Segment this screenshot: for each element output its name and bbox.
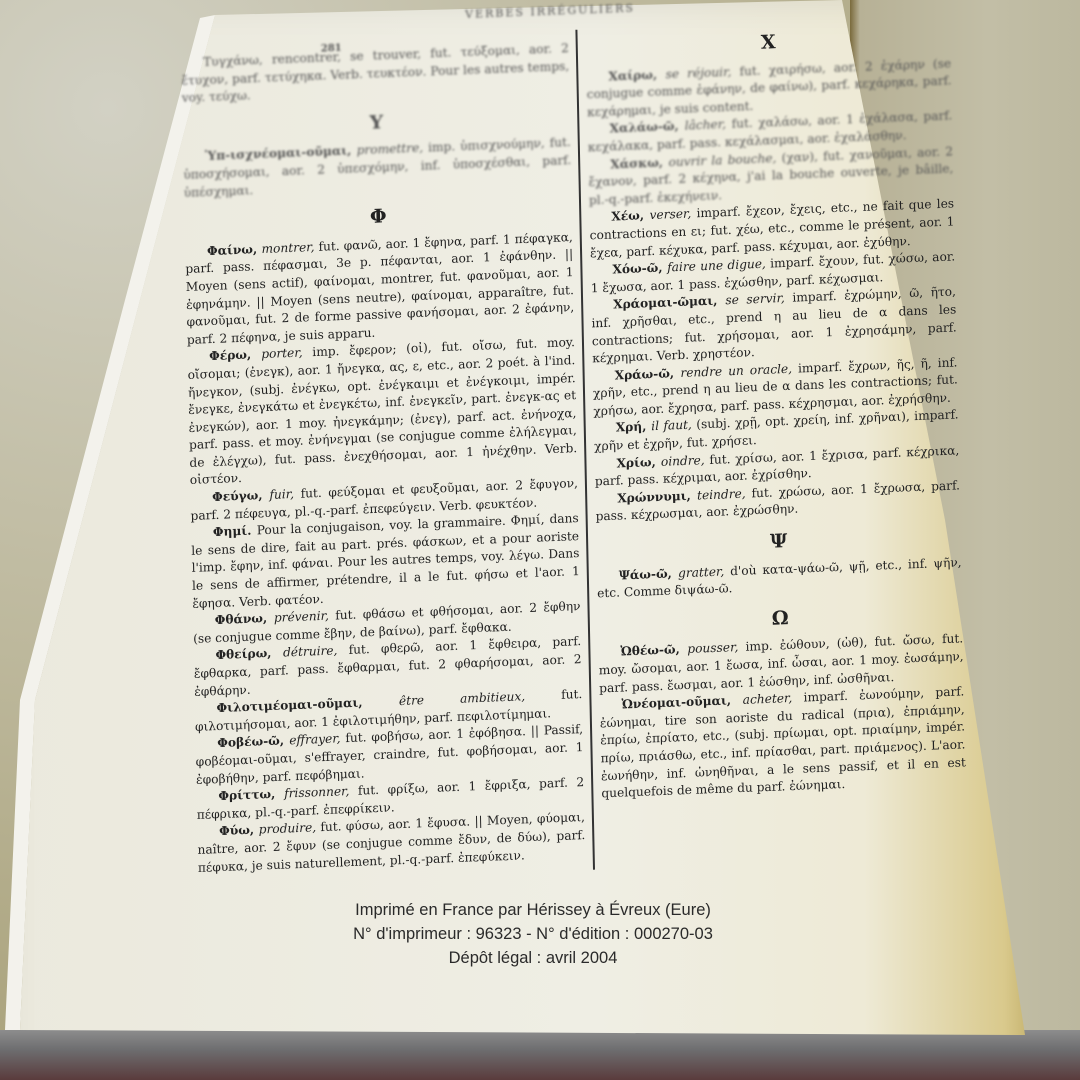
colophon-printer: Imprimé en France par Hérissey à Évreux … (0, 898, 1073, 922)
entry-gloss: porter, (261, 345, 312, 361)
entry-headword: Φοβέω-ῶ, (217, 734, 289, 751)
section-letter: Ω (598, 603, 963, 635)
entry-gloss: produire, (259, 821, 321, 837)
entry-headword: Φρίττω, (218, 787, 284, 804)
right-column: ΧΧαίρω, se réjouir, fut. χαιρήσω, aor. 2… (585, 13, 966, 803)
colophon: Imprimé en France par Hérissey à Évreux … (0, 898, 1073, 970)
dictionary-entry: Φαίνω, montrer, fut. φανῶ, aor. 1 ἔφηνα,… (185, 229, 575, 349)
entry-headword: Χράομαι-ῶμαι, (613, 294, 726, 312)
dictionary-entry: Φημί. Pour la conjugaison, voy. la gramm… (191, 510, 581, 613)
entry-headword: Ὑπ-ισχνέομαι-οῦμαι, (205, 144, 357, 164)
entry-gloss: lâcher, (685, 117, 732, 133)
entry-headword: Χρή, (616, 420, 652, 435)
entry-gloss: effrayer, (289, 732, 345, 748)
page-content: VERBES IRRÉGULIERS 281 Τυγχάνω, rencontr… (175, 0, 983, 905)
entry-gloss: se servir, (725, 291, 792, 308)
entry-gloss: acheter, (743, 691, 804, 707)
dictionary-entry: Ὠνέομαι-οῦμαι, acheter, imparf. ἐωνούμην… (599, 684, 966, 804)
colophon-legal-deposit: Dépôt légal : avril 2004 (0, 946, 1073, 970)
entry-headword: Ὠθέω-ῶ, (620, 642, 687, 659)
right-sections: ΧΧαίρω, se réjouir, fut. χαιρήσω, aor. 2… (586, 27, 967, 803)
entry-gloss: montrer, (261, 240, 318, 256)
entry-headword: Χόω-ῶ, (612, 261, 667, 277)
left-sections: ΥὙπ-ισχνέομαι-οῦμαι, promettre, imp. ὑπι… (182, 107, 586, 877)
entry-gloss: il faut, (651, 418, 696, 434)
entry-headword: Χρώννυμι, (617, 488, 697, 505)
entry-gloss: gratter, (678, 564, 730, 580)
colophon-numbers: N° d'imprimeur : 96323 - N° d'édition : … (0, 922, 1073, 946)
entry-headword: Φεύγω, (212, 488, 270, 504)
section-letter: Χ (586, 27, 951, 59)
entry-headword: Φύω, (219, 823, 259, 839)
section-letter: Ψ (596, 526, 961, 558)
dictionary-entry: Ὑπ-ισχνέομαι-οῦμαι, promettre, imp. ὑπισ… (183, 134, 572, 202)
entry-headword: Χέω, (611, 208, 650, 223)
entry-headword: Φαίνω, (207, 242, 262, 258)
entry-headword: Χαίρω, (608, 67, 665, 83)
entry-gloss: frissonner, (284, 784, 358, 801)
dictionary-entry: Ψάω-ῶ, gratter, d'où κατα-ψάω-ῶ, ψῇ, etc… (597, 554, 962, 603)
entry-gloss: promettre, (357, 141, 429, 158)
entry-headword: Ὠνέομαι-οῦμαι, (621, 693, 742, 712)
entry-gloss: rendre un oracle, (680, 361, 798, 380)
section-letter: Υ (182, 107, 570, 139)
entry-gloss: prévenir, (274, 609, 336, 625)
entry-headword: Φθείρω, (215, 646, 283, 663)
section-letter: Φ (184, 201, 572, 233)
entry-gloss: oindre, (661, 453, 710, 469)
entry-headword: Χρίω, (616, 455, 661, 471)
entry-gloss: pousser, (687, 640, 746, 656)
entry-gloss: se réjouir, (665, 64, 739, 81)
entry-gloss: détruire, (283, 643, 349, 660)
entry-headword: Χράω-ῶ, (615, 366, 681, 383)
entry-headword: Φημί. (213, 524, 257, 540)
entry-headword: Φέρω, (209, 347, 261, 363)
entry-gloss: fuir, (269, 487, 300, 502)
entry-gloss: verser, (649, 207, 696, 223)
left-column: Τυγχάνω, rencontrer, se trouver, fut. τε… (181, 28, 586, 877)
entry-headword: Φθάνω, (215, 611, 274, 627)
intro-entry: Τυγχάνω, rencontrer, se trouver, fut. τε… (181, 40, 570, 108)
entry-headword: Χαλάω-ῶ, (609, 119, 684, 136)
entry-gloss: ouvrir la bouche, (668, 151, 781, 169)
entry-headword: Χάσκω, (610, 155, 669, 171)
page-stack-edge (0, 1030, 1080, 1080)
entry-gloss: teindre, (697, 486, 752, 502)
entry-headword: Ψάω-ῶ, (619, 566, 679, 582)
entry-gloss: faire une digue, (667, 257, 770, 275)
dictionary-entry: Φέρω, porter, imp. ἔφερον; (οἰ), fut. οἴ… (187, 334, 578, 490)
